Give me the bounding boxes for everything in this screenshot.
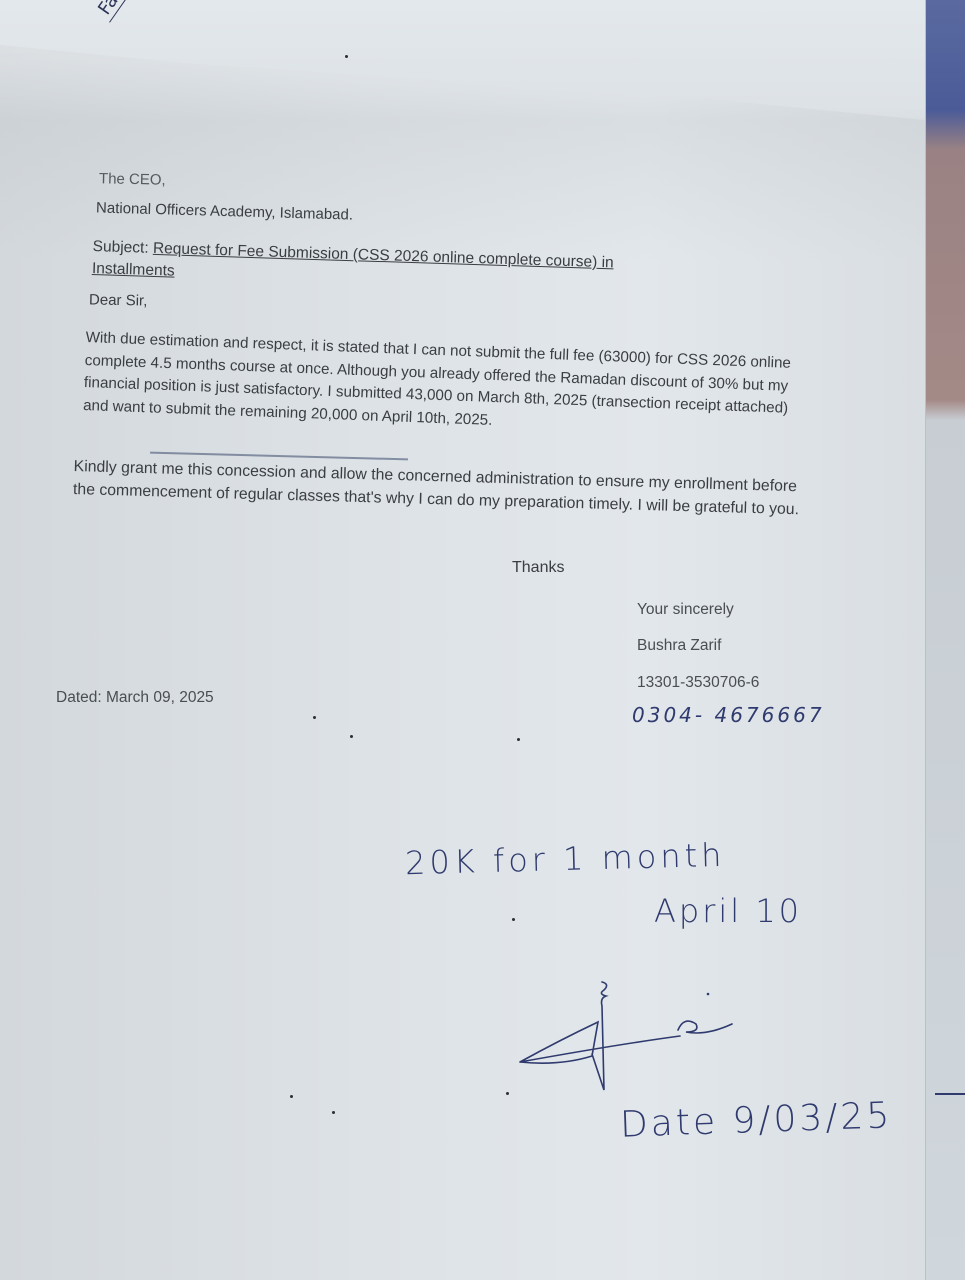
- background-surface: [923, 0, 965, 1280]
- letter-paper: Fa The CEO, National Officers Academy, I…: [0, 0, 926, 1280]
- handwritten-note-date: April 10: [654, 892, 802, 930]
- subject-text-line2: Installments: [92, 260, 175, 280]
- body-paragraph-2: Kindly grant me this concession and allo…: [73, 455, 804, 521]
- recipient-title: The CEO,: [99, 170, 166, 188]
- signoff: Your sincerely: [637, 601, 734, 619]
- salutation: Dear Sir,: [89, 291, 148, 309]
- subject-line: Subject: Request for Fee Submission (CSS…: [92, 236, 733, 300]
- handwritten-phone: 0304- 4676667: [632, 703, 825, 727]
- ink-speck: [512, 918, 515, 921]
- ink-speck: [313, 716, 316, 719]
- sender-name: Bushra Zarif: [637, 637, 721, 655]
- folded-paper-flap: [0, 0, 925, 150]
- ink-speck: [332, 1111, 335, 1114]
- handwritten-note-amount: 20K for 1 month: [405, 836, 726, 882]
- handwritten-dash: [935, 1093, 965, 1095]
- ink-speck: [290, 1095, 293, 1098]
- ink-speck: [517, 738, 520, 741]
- signature-icon: [500, 970, 780, 1110]
- closing-thanks: Thanks: [512, 559, 564, 577]
- ink-speck: [506, 1092, 509, 1095]
- handwritten-approval-date: Date 9/03/25: [619, 1095, 893, 1145]
- recipient-organization: National Officers Academy, Islamabad.: [96, 199, 353, 223]
- ink-speck: [345, 55, 348, 58]
- subject-label: Subject:: [92, 238, 149, 257]
- ink-speck: [350, 735, 353, 738]
- sender-cnic: 13301-3530706-6: [637, 674, 759, 692]
- subject-text-line1: Request for Fee Submission (CSS 2026 onl…: [153, 240, 614, 271]
- letter-date: Dated: March 09, 2025: [56, 689, 214, 707]
- body-paragraph-1: With due estimation and respect, it is s…: [83, 327, 816, 444]
